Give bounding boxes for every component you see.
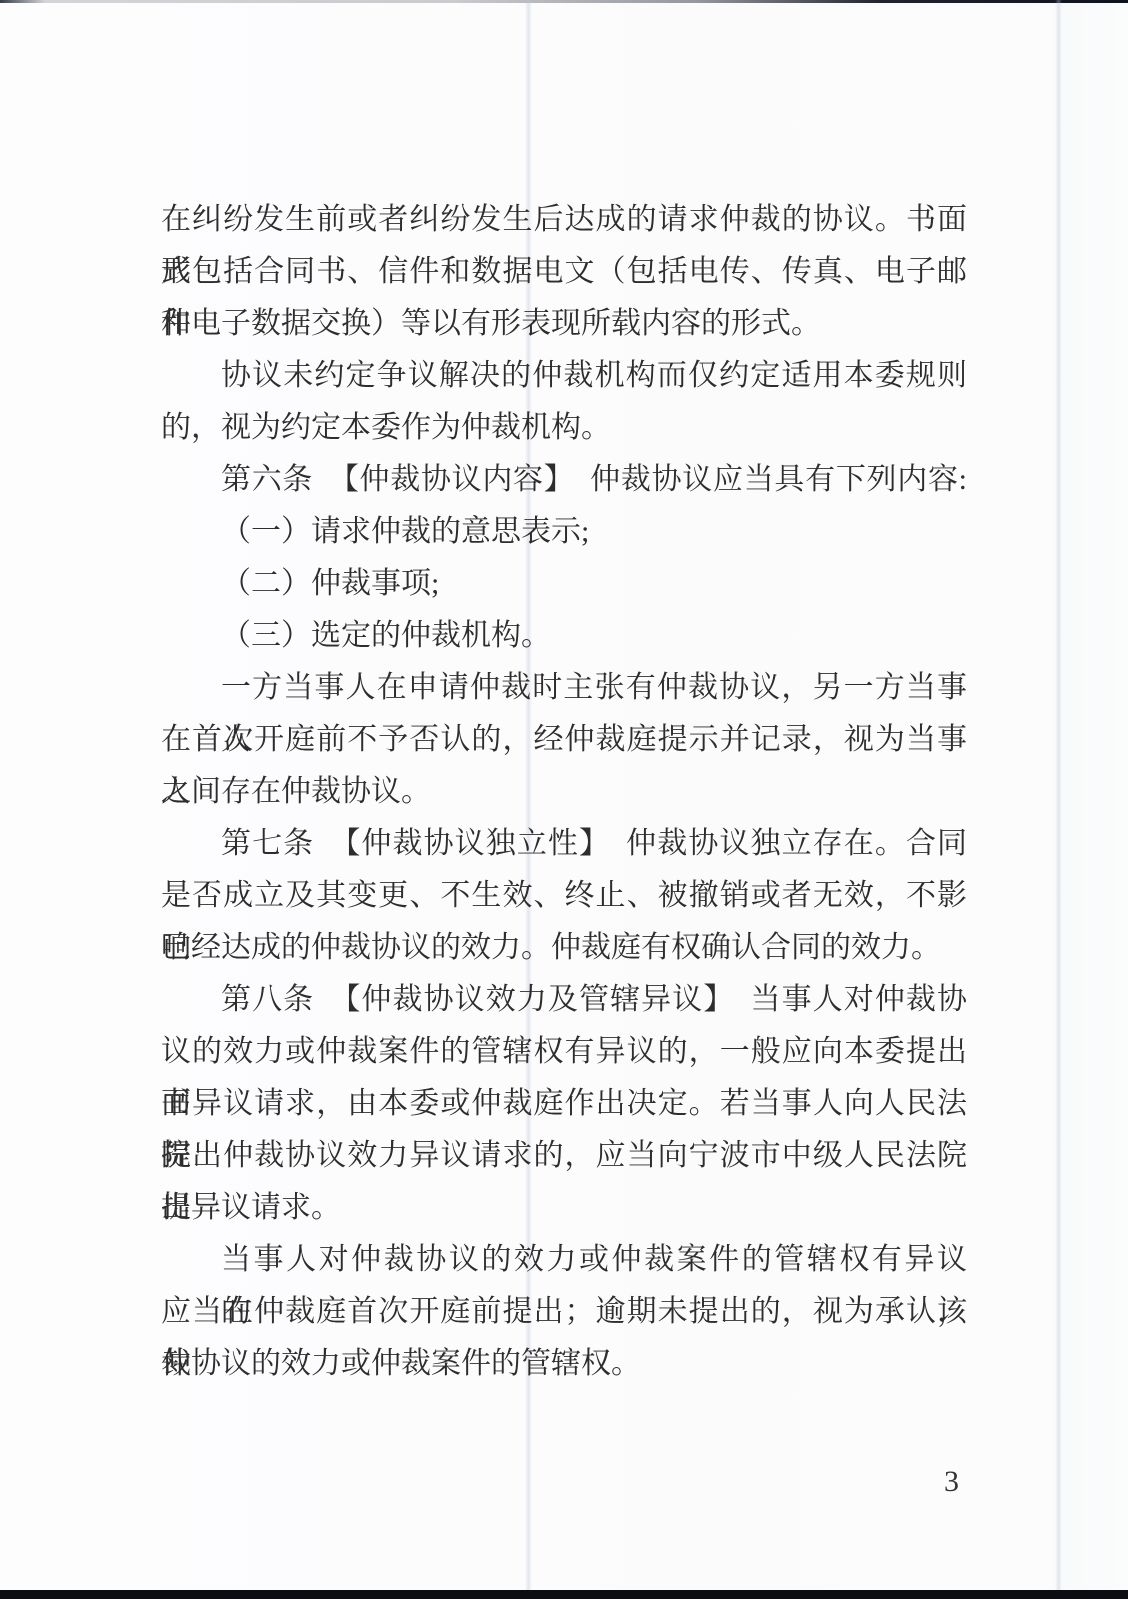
page-number: 3: [944, 1464, 959, 1500]
text-line-list-item-1: （一）请求仲裁的意思表示;: [161, 506, 967, 558]
text-line: 裁协议的效力或仲裁案件的管辖权。: [161, 1338, 967, 1390]
text-line-list-item-3: （三）选定的仲裁机构。: [161, 610, 967, 662]
text-line-article-7: 第七条 【仲裁协议独立性】 仲裁协议独立存在。合同: [161, 818, 967, 870]
text-line-article-6: 第六条 【仲裁协议内容】 仲裁协议应当具有下列内容:: [161, 454, 967, 506]
text-line-article-8: 第八条 【仲裁协议效力及管辖异议】 当事人对仲裁协: [161, 974, 967, 1026]
text-line: 在纠纷发生前或者纠纷发生后达成的请求仲裁的协议。书面形: [161, 194, 967, 246]
text-line: 出异议请求。: [161, 1182, 967, 1234]
text-line: 议的效力或仲裁案件的管辖权有异议的，一般应向本委提出书: [161, 1026, 967, 1078]
text-line: 应当在仲裁庭首次开庭前提出；逾期未提出的，视为承认该仲: [161, 1286, 967, 1338]
text-line: 面异议请求，由本委或仲裁庭作出决定。若当事人向人民法院: [161, 1078, 967, 1130]
text-line-list-item-2: （二）仲裁事项;: [161, 558, 967, 610]
paper-crease-right: [1055, 0, 1062, 1599]
scan-bottom-edge: [0, 1590, 1128, 1599]
text-line: 当事人对仲裁协议的效力或仲裁案件的管辖权有异议的，: [161, 1234, 967, 1286]
scanned-document-page: 在纠纷发生前或者纠纷发生后达成的请求仲裁的协议。书面形 式包括合同书、信件和数据…: [0, 0, 1128, 1599]
text-line: 协议未约定争议解决的仲裁机构而仅约定适用本委规则: [161, 350, 967, 402]
text-line: 之间存在仲裁协议。: [161, 766, 967, 818]
text-line: 一方当事人在申请仲裁时主张有仲裁协议，另一方当事人: [161, 662, 967, 714]
text-line: 是否成立及其变更、不生效、终止、被撤销或者无效，不影响: [161, 870, 967, 922]
text-line: 已经达成的仲裁协议的效力。仲裁庭有权确认合同的效力。: [161, 922, 967, 974]
scan-top-edge: [0, 0, 1128, 3]
document-body: 在纠纷发生前或者纠纷发生后达成的请求仲裁的协议。书面形 式包括合同书、信件和数据…: [161, 194, 967, 1390]
text-line: 和电子数据交换）等以有形表现所载内容的形式。: [161, 298, 967, 350]
text-line: 提出仲裁协议效力异议请求的，应当向宁波市中级人民法院提: [161, 1130, 967, 1182]
text-line: 在首次开庭前不予否认的，经仲裁庭提示并记录，视为当事人: [161, 714, 967, 766]
text-line: 的，视为约定本委作为仲裁机构。: [161, 402, 967, 454]
text-line: 式包括合同书、信件和数据电文（包括电传、传真、电子邮件: [161, 246, 967, 298]
